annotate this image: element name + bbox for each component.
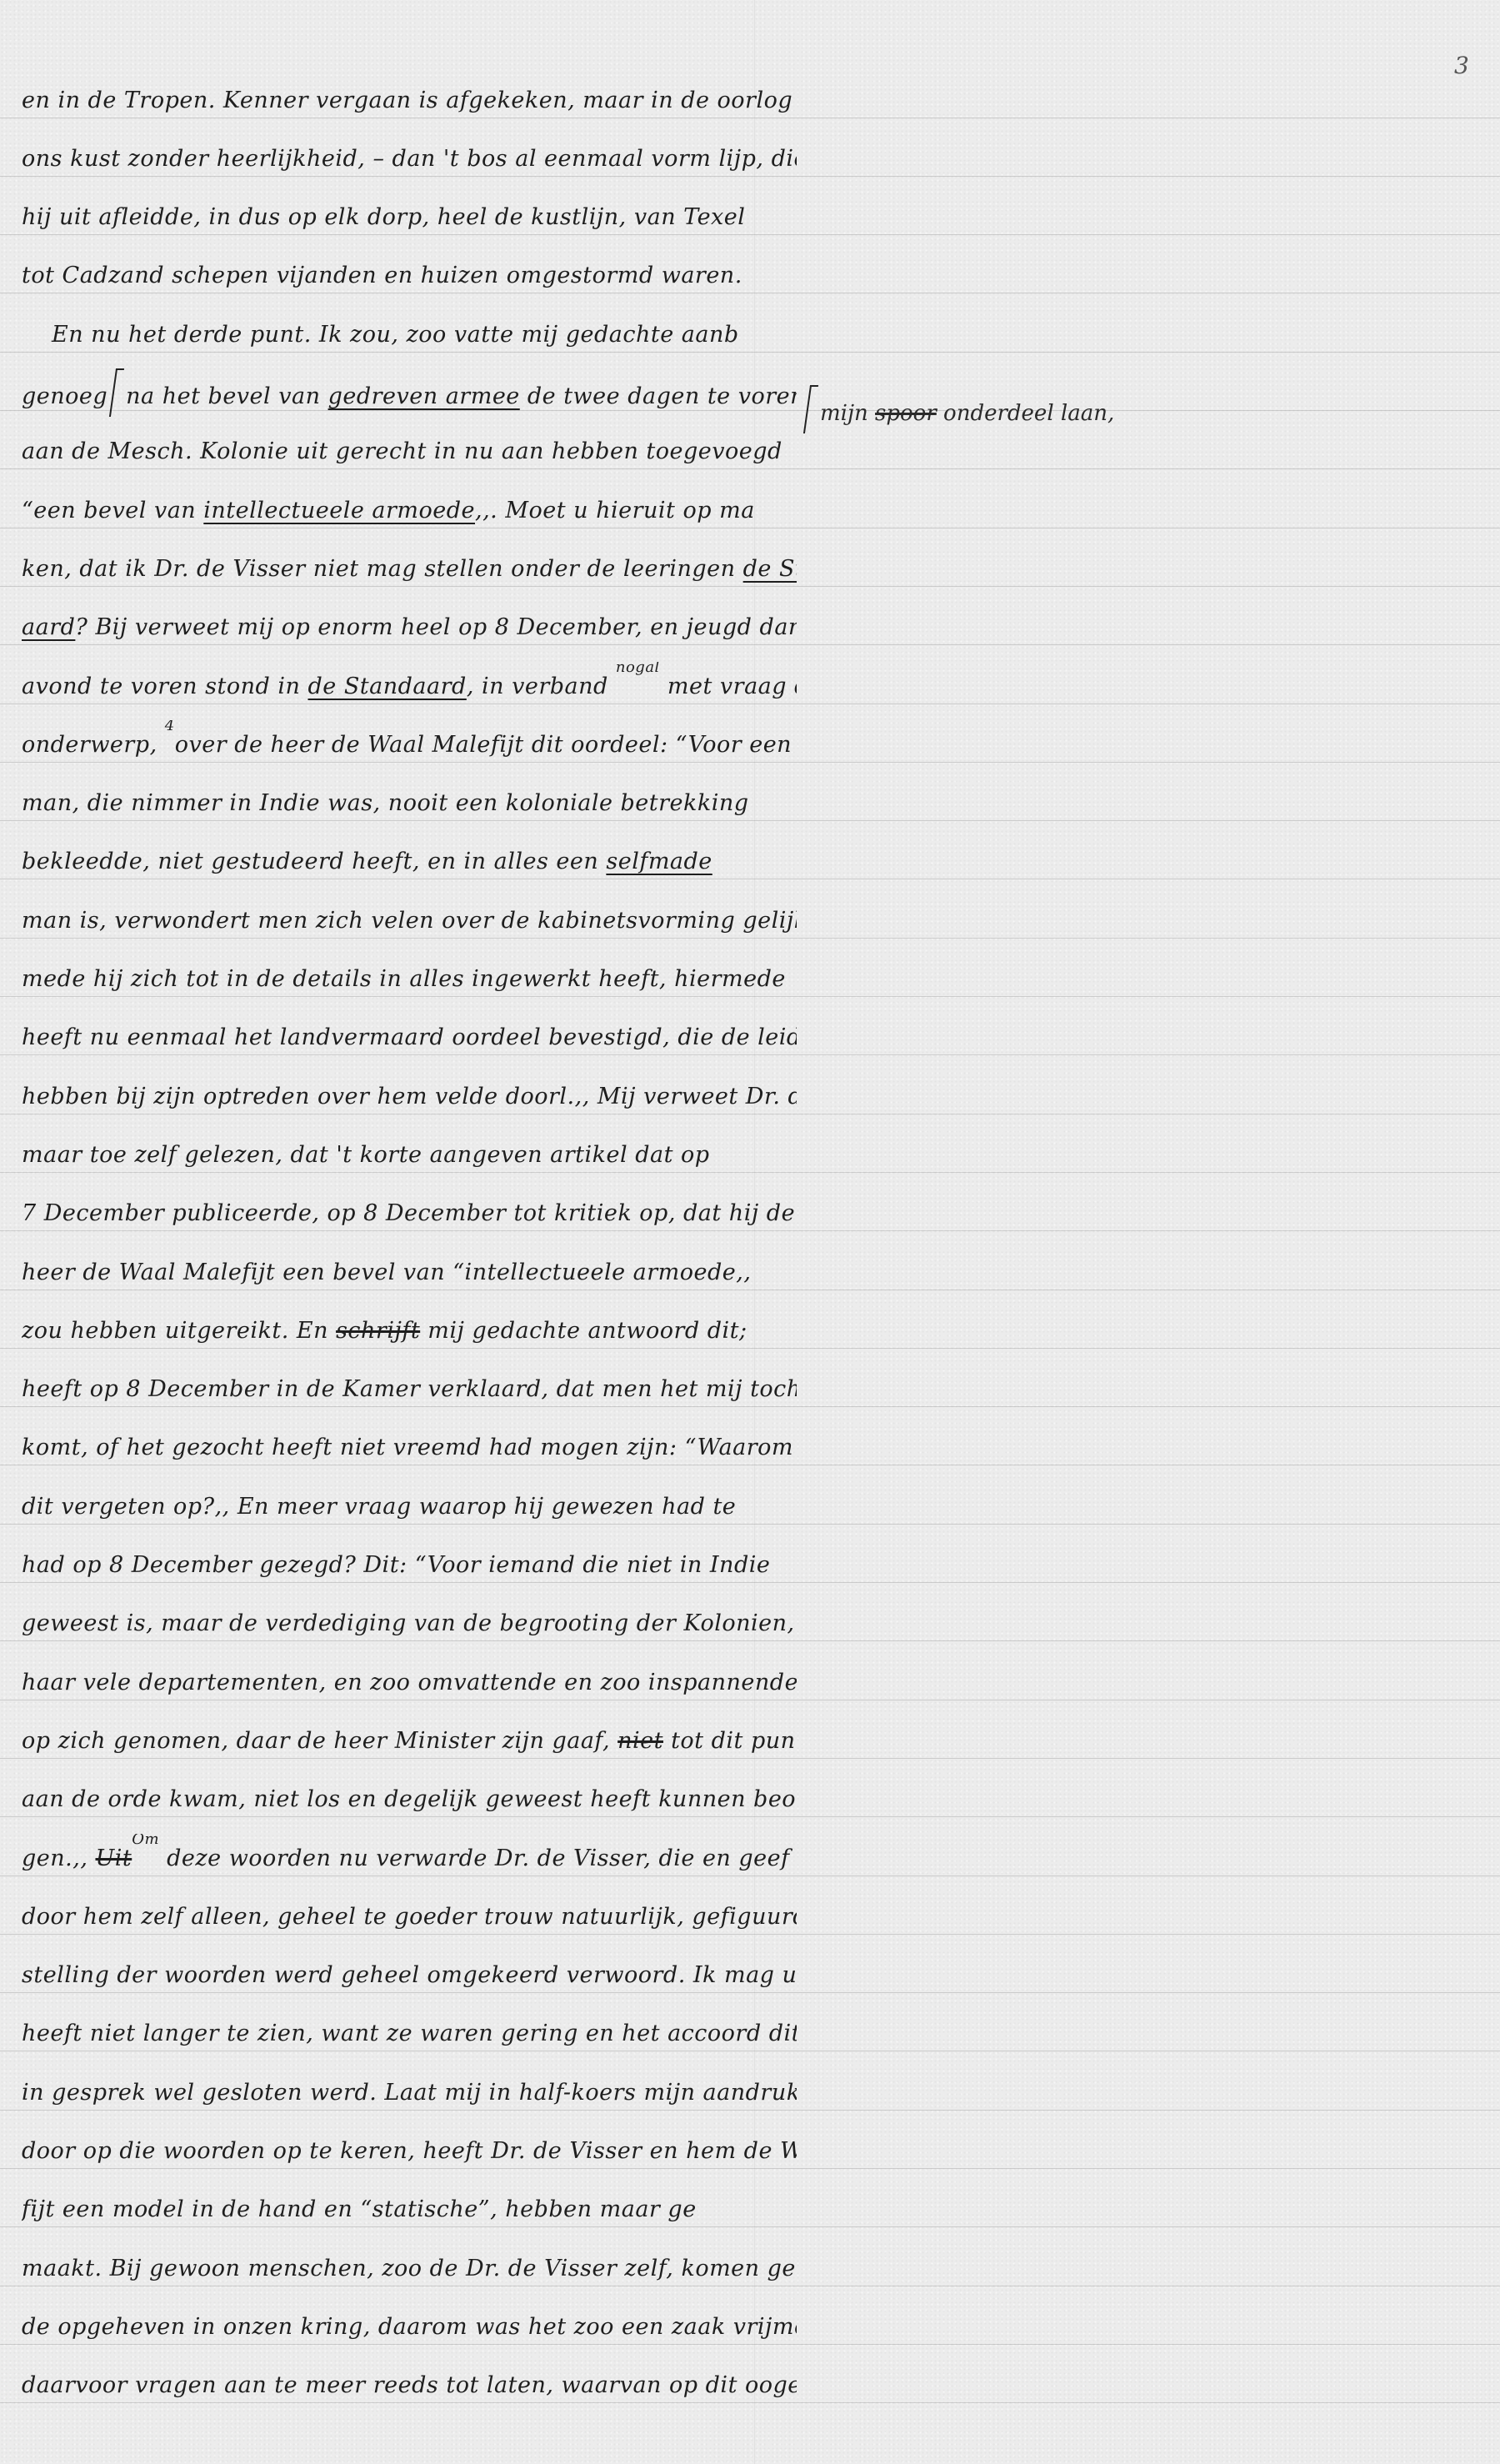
interlinear-insertion: Om <box>132 1834 159 1848</box>
manuscript-line: genoegna het bevel van gedreven armee de… <box>22 368 797 418</box>
manuscript-line: en in de Tropen. Kenner vergaan is afgek… <box>22 76 797 126</box>
text-segment: ,,. Moet u hieruit op ma <box>475 498 755 523</box>
text-segment: man, die nimmer in Indie was, nooit een … <box>22 790 749 816</box>
text-segment: , in verband <box>467 674 616 699</box>
underlined-text: selfmade <box>606 849 712 874</box>
text-segment: tot Cadzand schepen vijanden en huizen o… <box>22 263 742 288</box>
manuscript-line: aan de Mesch. Kolonie uit gerecht in nu … <box>22 427 797 477</box>
manuscript-line: aan de orde kwam, niet los en degelijk g… <box>22 1775 797 1825</box>
text-segment: tot dit punt <box>663 1728 797 1754</box>
manuscript-line: maakt. Bij gewoon menschen, zoo de Dr. d… <box>22 2244 797 2294</box>
underlined-text: aard <box>22 614 75 640</box>
manuscript-line: heeft niet langer te zien, want ze waren… <box>22 2009 797 2059</box>
manuscript-line: heeft op 8 December in de Kamer verklaar… <box>22 1365 797 1415</box>
struck-text: Uit <box>95 1845 132 1871</box>
underlined-text: de Stand <box>743 556 797 582</box>
text-segment: gen.,, <box>22 1845 95 1871</box>
text-segment: bekleedde, niet gestudeerd heeft, en in … <box>22 849 606 874</box>
margin-note-text-after: onderdeel laan, <box>937 401 1114 426</box>
text-segment: En nu het derde punt. Ik zou, zoo vatte … <box>52 322 739 348</box>
manuscript-line: ken, dat ik Dr. de Visser niet mag stell… <box>22 544 797 594</box>
text-segment: ken, dat ik Dr. de Visser niet mag stell… <box>22 556 743 582</box>
manuscript-line: maar toe zelf gelezen, dat 't korte aang… <box>22 1130 797 1180</box>
manuscript-line: 7 December publiceerde, op 8 December to… <box>22 1189 797 1239</box>
manuscript-line: de opgeheven in onzen kring, daarom was … <box>22 2302 797 2352</box>
text-segment: hij uit afleidde, in dus op elk dorp, he… <box>22 204 745 230</box>
text-segment: dit vergeten op?,, En meer vraag waarop … <box>22 1494 736 1520</box>
text-segment: fijt een model in de hand en “statische”… <box>22 2196 697 2222</box>
text-segment: genoeg <box>22 383 107 409</box>
manuscript-line: in gesprek wel gesloten werd. Laat mij i… <box>22 2068 797 2118</box>
manuscript-line: heeft nu eenmaal het landvermaard oordee… <box>22 1013 797 1063</box>
text-segment: “een bevel van <box>22 498 203 523</box>
interlinear-insertion: nogal <box>616 662 660 676</box>
text-segment: man is, verwondert men zich velen over d… <box>22 908 797 934</box>
underlined-text: de Standaard <box>307 674 466 699</box>
manuscript-line: aard? Bij verweet mij op enorm heel op 8… <box>22 603 797 653</box>
manuscript-line: geweest is, maar de verdediging van de b… <box>22 1599 797 1649</box>
manuscript-line: door hem zelf alleen, geheel te goeder t… <box>22 1892 797 1942</box>
text-segment: daarvoor vragen aan te meer reeds tot la… <box>22 2372 797 2398</box>
manuscript-line: komt, of het gezocht heeft niet vreemd h… <box>22 1423 797 1473</box>
text-segment: aan de orde kwam, niet los en degelijk g… <box>22 1786 797 1812</box>
text-segment: avond te voren stond in <box>22 674 307 699</box>
manuscript-line: zou hebben uitgereikt. En schrijft mij g… <box>22 1306 797 1356</box>
text-segment: komt, of het gezocht heeft niet vreemd h… <box>22 1435 797 1460</box>
manuscript-line: hebben bij zijn optreden over hem velde … <box>22 1072 797 1122</box>
text-segment: deze woorden nu verwarde Dr. de Visser, … <box>159 1845 797 1871</box>
manuscript-line: daarvoor vragen aan te meer reeds tot la… <box>22 2361 797 2411</box>
text-segment: maar toe zelf gelezen, dat 't korte aang… <box>22 1142 710 1168</box>
interlinear-insertion: 4 <box>165 720 175 734</box>
underlined-text: gedreven armee <box>328 383 520 409</box>
insertion-bracket-icon <box>109 368 124 417</box>
manuscript-line: fijt een model in de hand en “statische”… <box>22 2185 797 2235</box>
text-segment: heeft nu eenmaal het landvermaard oordee… <box>22 1024 797 1050</box>
text-segment: zou hebben uitgereikt. En <box>22 1318 336 1344</box>
text-segment: 7 December publiceerde, op 8 December to… <box>22 1200 795 1226</box>
text-segment: haar vele departementen, en zoo omvatten… <box>22 1670 797 1695</box>
margin-insertion-note: mijn spoor onderdeel laan, <box>802 385 1114 435</box>
text-segment: mede hij zich tot in de details in alles… <box>22 966 786 992</box>
text-segment: en in de Tropen. Kenner vergaan is afgek… <box>22 88 797 113</box>
text-segment: in gesprek wel gesloten werd. Laat mij i… <box>22 2080 797 2106</box>
manuscript-page: 3 en in de Tropen. Kenner vergaan is afg… <box>0 0 1500 2464</box>
underlined-text: intellectueele armoede <box>203 498 475 523</box>
text-segment: over de heer de Waal Malefijt dit oordee… <box>175 732 792 758</box>
struck-text: niet <box>617 1728 663 1754</box>
manuscript-line: hij uit afleidde, in dus op elk dorp, he… <box>22 193 797 243</box>
manuscript-line: door op die woorden op te keren, heeft D… <box>22 2126 797 2176</box>
text-segment: had op 8 December gezegd? Dit: “Voor iem… <box>22 1552 770 1578</box>
insertion-bracket-icon <box>803 385 818 433</box>
manuscript-line: heer de Waal Malefijt een bevel van “int… <box>22 1248 797 1298</box>
text-segment: ons kust zonder heerlijkheid, – dan 't b… <box>22 146 797 172</box>
manuscript-line: op zich genomen, daar de heer Minister z… <box>22 1716 797 1766</box>
manuscript-line: haar vele departementen, en zoo omvatten… <box>22 1658 797 1708</box>
text-segment: aan de Mesch. Kolonie uit gerecht in nu … <box>22 438 782 464</box>
margin-note-struck-word: spoor <box>875 401 937 426</box>
text-segment: maakt. Bij gewoon menschen, zoo de Dr. d… <box>22 2256 797 2281</box>
manuscript-line: dit vergeten op?,, En meer vraag waarop … <box>22 1482 797 1532</box>
text-segment: de opgeheven in onzen kring, daarom was … <box>22 2314 797 2340</box>
text-segment: stelling der woorden werd geheel omgekee… <box>22 1962 797 1988</box>
manuscript-line: man, die nimmer in Indie was, nooit een … <box>22 779 797 829</box>
text-segment: op zich genomen, daar de heer Minister z… <box>22 1728 617 1754</box>
text-segment: met vraag de <box>660 674 797 699</box>
struck-text: schrijft <box>336 1318 420 1344</box>
margin-note-text-before: mijn <box>820 401 875 426</box>
manuscript-line: man is, verwondert men zich velen over d… <box>22 896 797 946</box>
manuscript-line: ons kust zonder heerlijkheid, – dan 't b… <box>22 134 797 184</box>
page-number: 3 <box>1454 52 1469 79</box>
manuscript-line: had op 8 December gezegd? Dit: “Voor iem… <box>22 1540 797 1590</box>
text-segment: door hem zelf alleen, geheel te goeder t… <box>22 1904 797 1930</box>
text-segment: mij gedachte antwoord dit; <box>420 1318 747 1344</box>
text-segment: heeft op 8 December in de Kamer verklaar… <box>22 1376 797 1402</box>
manuscript-line: mede hij zich tot in de details in alles… <box>22 954 797 1004</box>
text-segment: hebben bij zijn optreden over hem velde … <box>22 1084 797 1109</box>
manuscript-line: onderwerp, 4over de heer de Waal Malefij… <box>22 720 797 770</box>
text-segment: de twee dagen te voren <box>520 383 797 409</box>
text-segment: ? Bij verweet mij op enorm heel op 8 Dec… <box>75 614 797 640</box>
manuscript-line: En nu het derde punt. Ik zou, zoo vatte … <box>22 310 827 360</box>
manuscript-line: avond te voren stond in de Standaard, in… <box>22 662 797 712</box>
text-segment: na het bevel van <box>126 383 327 409</box>
manuscript-line: tot Cadzand schepen vijanden en huizen o… <box>22 251 797 301</box>
manuscript-line: “een bevel van intellectueele armoede,,.… <box>22 486 797 536</box>
manuscript-line: bekleedde, niet gestudeerd heeft, en in … <box>22 837 797 887</box>
text-segment: heer de Waal Malefijt een bevel van “int… <box>22 1260 751 1285</box>
manuscript-line: stelling der woorden werd geheel omgekee… <box>22 1951 797 2001</box>
text-segment: geweest is, maar de verdediging van de b… <box>22 1610 797 1636</box>
text-segment: door op die woorden op te keren, heeft D… <box>22 2138 797 2164</box>
manuscript-line: gen.,, UitOm deze woorden nu verwarde Dr… <box>22 1834 797 1884</box>
text-segment: heeft niet langer te zien, want ze waren… <box>22 2021 797 2046</box>
text-segment: onderwerp, <box>22 732 165 758</box>
